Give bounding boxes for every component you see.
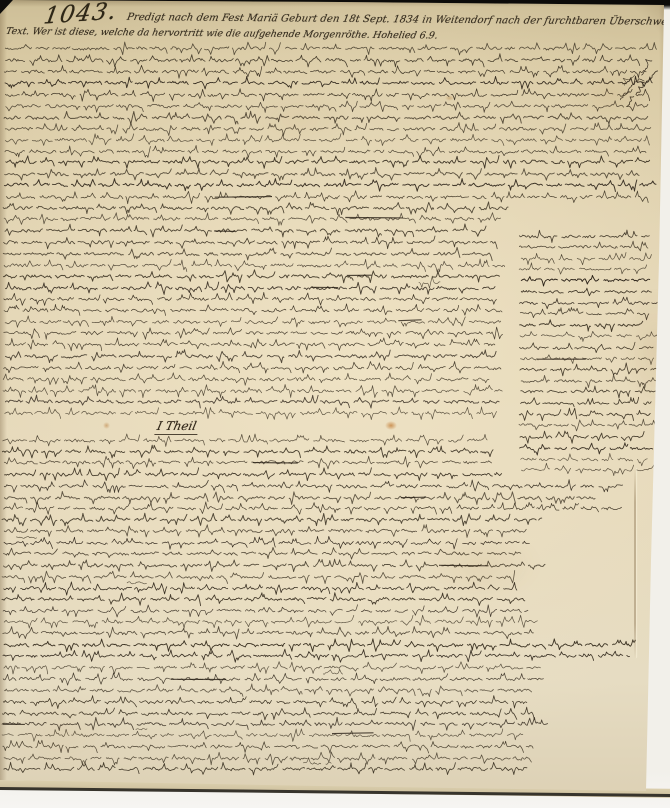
interlinear-insertion [419,277,441,289]
vertical-crease [634,468,636,658]
strikethrough-mark [214,231,235,232]
handwriting-block-rotated-corner-note [611,54,661,107]
handwriting-block-body-mid [2,513,545,639]
scripture-line: Text. Wer ist diese, welche da hervortri… [5,26,439,42]
scanned-document: 1043. Predigt nach dem Fest Mariä Geburt… [0,0,670,808]
page-number: 1043. [42,0,120,30]
strikethrough-mark [439,565,489,566]
interlinear-insertion [136,728,148,729]
handwriting-block-body-wide-low [3,639,635,662]
rust-stain [385,421,397,430]
manuscript-page: 1043. Predigt nach dem Fest Mariä Geburt… [0,0,670,808]
section-heading: I Theil [154,419,200,435]
rust-stain [445,95,454,101]
handwriting-block-body-wide-mid [4,480,623,515]
handwriting-block-body-beside-margin-note [3,202,508,420]
rust-stain [103,422,110,429]
handwriting-layer [0,0,670,808]
strikethrough-mark [332,733,374,734]
handwriting-block-body-below-heading [2,434,501,481]
handwriting-block-margin-insertion-note [519,230,662,476]
interlinear-insertion [16,536,37,538]
handwriting-block-body-bottom [2,662,548,775]
handwriting-block-body-full-width-top [4,42,656,204]
strikethrough-mark [401,497,426,498]
strikethrough-mark [215,197,272,198]
strikethrough-mark [253,463,298,464]
interlinear-insertion [127,582,147,584]
interlinear-insertion [620,70,635,86]
interlinear-insertion [303,757,331,764]
interlinear-insertion [323,669,343,674]
title-line: Predigt nach dem Fest Mariä Geburt den 1… [126,12,670,28]
strikethrough-mark [398,320,421,321]
